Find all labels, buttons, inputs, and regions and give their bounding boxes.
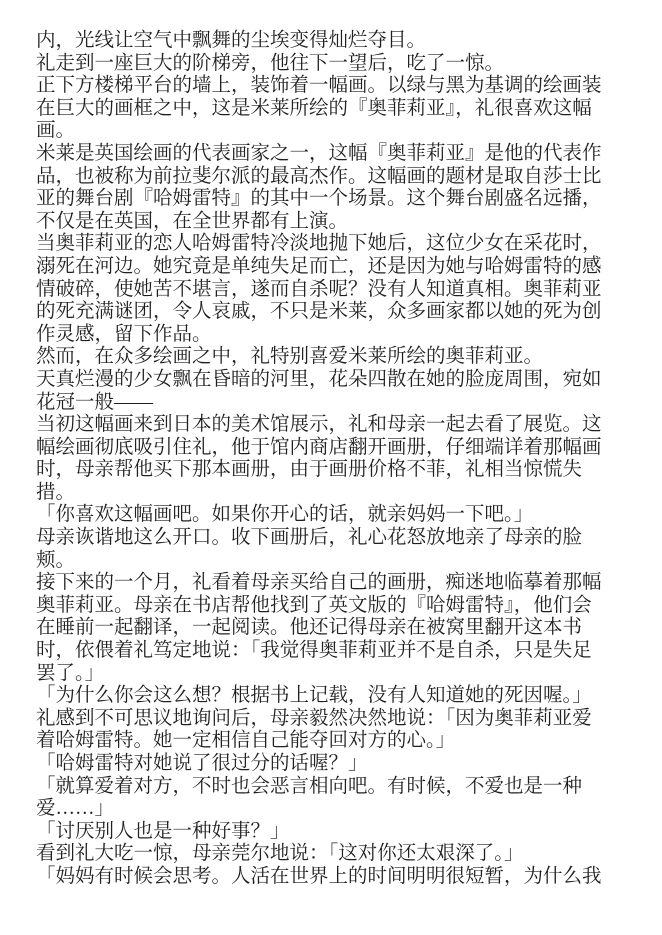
text-line: 「就算爱着对方，不时也会恶言相向吧。有时候，不爱也是一种 xyxy=(36,776,636,799)
text-line: 在巨大的画框之中，这是米莱所绘的『奥菲莉亚』，礼很喜欢这幅 xyxy=(36,98,636,121)
text-line: 「妈妈有时候会思考。人活在世界上的时间明明很短暂，为什么我 xyxy=(36,866,636,889)
text-line: 花冠一般—— xyxy=(36,392,636,415)
text-line: 时，母亲帮他买下那本画册，由于画册价格不菲，礼相当惊慌失 xyxy=(36,459,636,482)
text-line: 作灵感，留下作品。 xyxy=(36,324,636,347)
text-line: 品，也被称为前拉斐尔派的最高杰作。这幅画的题材是取自莎士比 xyxy=(36,166,636,189)
text-line: 奥菲莉亚。母亲在书店帮他找到了英文版的『哈姆雷特』，他们会 xyxy=(36,595,636,618)
text-line: 米莱是英国绘画的代表画家之一，这幅『奥菲莉亚』是他的代表作 xyxy=(36,143,636,166)
text-line: 看到礼大吃一惊，母亲莞尔地说：「这对你还太艰深了。」 xyxy=(36,843,636,866)
text-line: 内，光线让空气中飘舞的尘埃变得灿烂夺目。 xyxy=(36,30,636,53)
text-line: 措。 xyxy=(36,482,636,505)
text-line: 的死充满谜团，令人哀戚，不只是米莱，众多画家都以她的死为创 xyxy=(36,301,636,324)
text-line: 幅绘画彻底吸引住礼，他于馆内商店翻开画册，仔细端详着那幅画 xyxy=(36,437,636,460)
text-line: 罢了。」 xyxy=(36,663,636,686)
text-line: 「为什么你会这么想？根据书上记载，没有人知道她的死因喔。」 xyxy=(36,685,636,708)
text-line: 当初这幅画来到日本的美术馆展示，礼和母亲一起去看了展览。这 xyxy=(36,414,636,437)
text-line: 天真烂漫的少女飘在昏暗的河里，花朵四散在她的脸庞周围，宛如 xyxy=(36,369,636,392)
text-line: 「你喜欢这幅画吧。如果你开心的话，就亲妈妈一下吧。」 xyxy=(36,504,636,527)
text-line: 不仅是在英国，在全世界都有上演。 xyxy=(36,211,636,234)
text-line: 情破碎，使她苦不堪言，遂而自杀呢？没有人知道真相。奥菲莉亚 xyxy=(36,279,636,302)
text-line: 画。 xyxy=(36,120,636,143)
text-line: 「讨厌别人也是一种好事？」 xyxy=(36,821,636,844)
text-line: 正下方楼梯平台的墙上，装饰着一幅画。以绿与黑为基调的绘画装 xyxy=(36,75,636,98)
text-line: 爱……」 xyxy=(36,798,636,821)
text-line: 然而，在众多绘画之中，礼特别喜爱米莱所绘的奥菲莉亚。 xyxy=(36,346,636,369)
text-line: 在睡前一起翻译，一起阅读。他还记得母亲在被窝里翻开这本书 xyxy=(36,617,636,640)
text-line: 「哈姆雷特对她说了很过分的话喔？」 xyxy=(36,753,636,776)
text-line: 接下来的一个月，礼看着母亲买给自己的画册，痴迷地临摹着那幅 xyxy=(36,572,636,595)
text-line: 颊。 xyxy=(36,550,636,573)
text-content: 内，光线让空气中飘舞的尘埃变得灿烂夺目。礼走到一座巨大的阶梯旁，他往下一望后，吃… xyxy=(36,30,636,889)
text-line: 母亲诙谐地这么开口。收下画册后，礼心花怒放地亲了母亲的脸 xyxy=(36,527,636,550)
text-line: 礼走到一座巨大的阶梯旁，他往下一望后，吃了一惊。 xyxy=(36,53,636,76)
text-line: 亚的舞台剧『哈姆雷特』的其中一个场景。这个舞台剧盛名远播， xyxy=(36,188,636,211)
document-page: 内，光线让空气中飘舞的尘埃变得灿烂夺目。礼走到一座巨大的阶梯旁，他往下一望后，吃… xyxy=(0,0,662,935)
text-line: 着哈姆雷特。她一定相信自己能夺回对方的心。」 xyxy=(36,730,636,753)
text-line: 当奥菲莉亚的恋人哈姆雷特冷淡地抛下她后，这位少女在采花时， xyxy=(36,233,636,256)
text-line: 时，依偎着礼笃定地说：「我觉得奥菲莉亚并不是自杀，只是失足 xyxy=(36,640,636,663)
text-line: 礼感到不可思议地询问后，母亲毅然决然地说：「因为奥菲莉亚爱 xyxy=(36,708,636,731)
text-line: 溺死在河边。她究竟是单纯失足而亡，还是因为她与哈姆雷特的感 xyxy=(36,256,636,279)
